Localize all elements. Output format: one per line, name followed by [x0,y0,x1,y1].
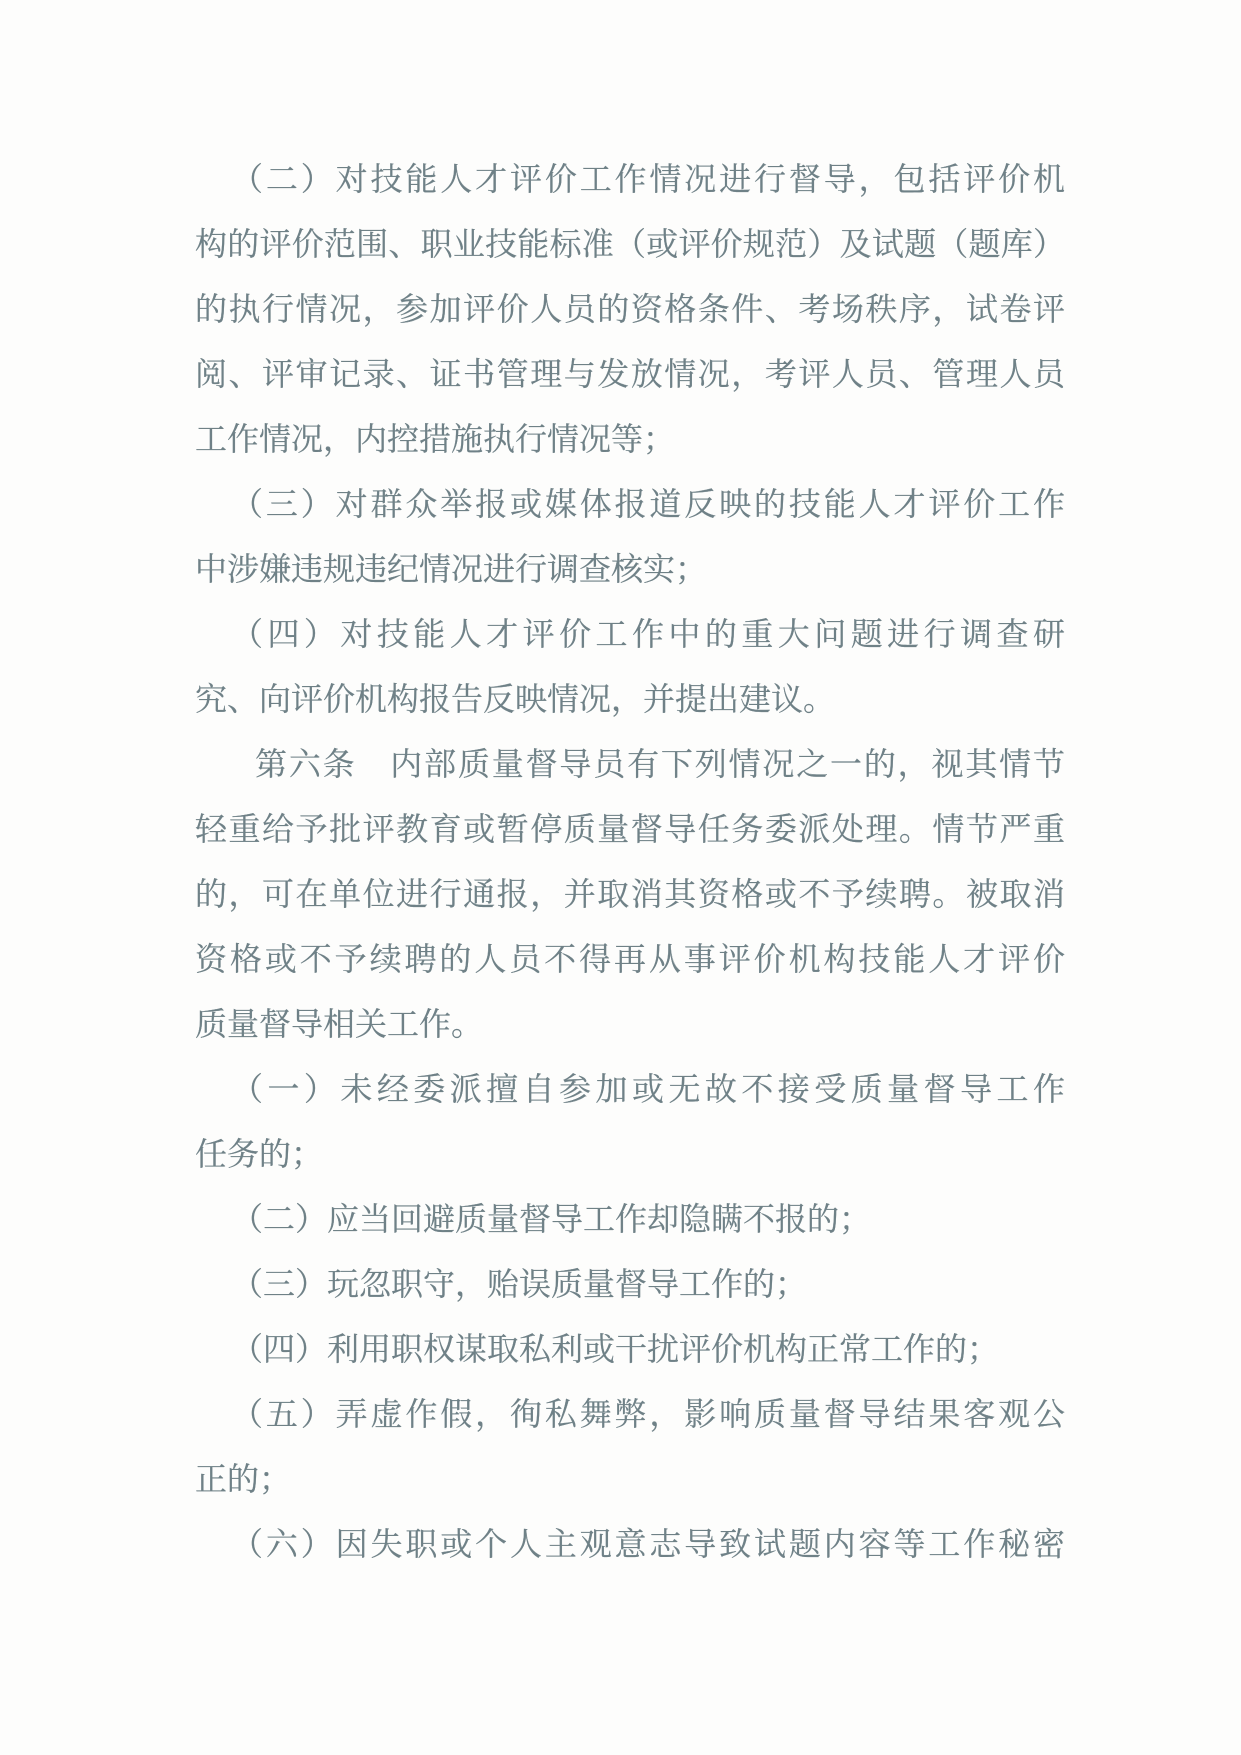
text-line-9: 究、向评价机构报告反映情况，并提出建议。 [195,667,1065,732]
text-line-18: （三）玩忽职守，贻误质量督导工作的； [195,1252,1065,1317]
text-line-17: （二）应当回避质量督导工作却隐瞒不报的； [195,1187,1065,1252]
text-line-3: 的执行情况，参加评价人员的资格条件、考场秩序，试卷评 [195,277,1065,342]
text-line-20: （五）弄虚作假，徇私舞弊，影响质量督导结果客观公 [195,1382,1065,1447]
text-line-8: （四）对技能人才评价工作中的重大问题进行调查研 [195,602,1065,667]
text-line-13: 资格或不予续聘的人员不得再从事评价机构技能人才评价 [195,927,1065,992]
text-line-19: （四）利用职权谋取私利或干扰评价机构正常工作的； [195,1317,1065,1382]
text-line-10: 第六条 内部质量督导员有下列情况之一的，视其情节 [195,732,1065,797]
text-line-15: （一）未经委派擅自参加或无故不接受质量督导工作 [195,1057,1065,1122]
text-line-21: 正的； [195,1447,1065,1512]
text-line-12: 的，可在单位进行通报，并取消其资格或不予续聘。被取消 [195,862,1065,927]
text-line-6: （三）对群众举报或媒体报道反映的技能人才评价工作 [195,472,1065,537]
text-line-2: 构的评价范围、职业技能标准（或评价规范）及试题（题库） [195,212,1065,277]
document-text-block: （二）对技能人才评价工作情况进行督导，包括评价机构的评价范围、职业技能标准（或评… [195,147,1065,1577]
scanned-document-page: （二）对技能人才评价工作情况进行督导，包括评价机构的评价范围、职业技能标准（或评… [0,0,1241,1755]
text-line-1: （二）对技能人才评价工作情况进行督导，包括评价机 [195,147,1065,212]
text-line-7: 中涉嫌违规违纪情况进行调查核实； [195,537,1065,602]
text-line-5: 工作情况，内控措施执行情况等； [195,407,1065,472]
text-line-14: 质量督导相关工作。 [195,992,1065,1057]
text-line-11: 轻重给予批评教育或暂停质量督导任务委派处理。情节严重 [195,797,1065,862]
text-line-16: 任务的； [195,1122,1065,1187]
text-line-22: （六）因失职或个人主观意志导致试题内容等工作秘密 [195,1512,1065,1577]
text-line-4: 阅、评审记录、证书管理与发放情况，考评人员、管理人员 [195,342,1065,407]
